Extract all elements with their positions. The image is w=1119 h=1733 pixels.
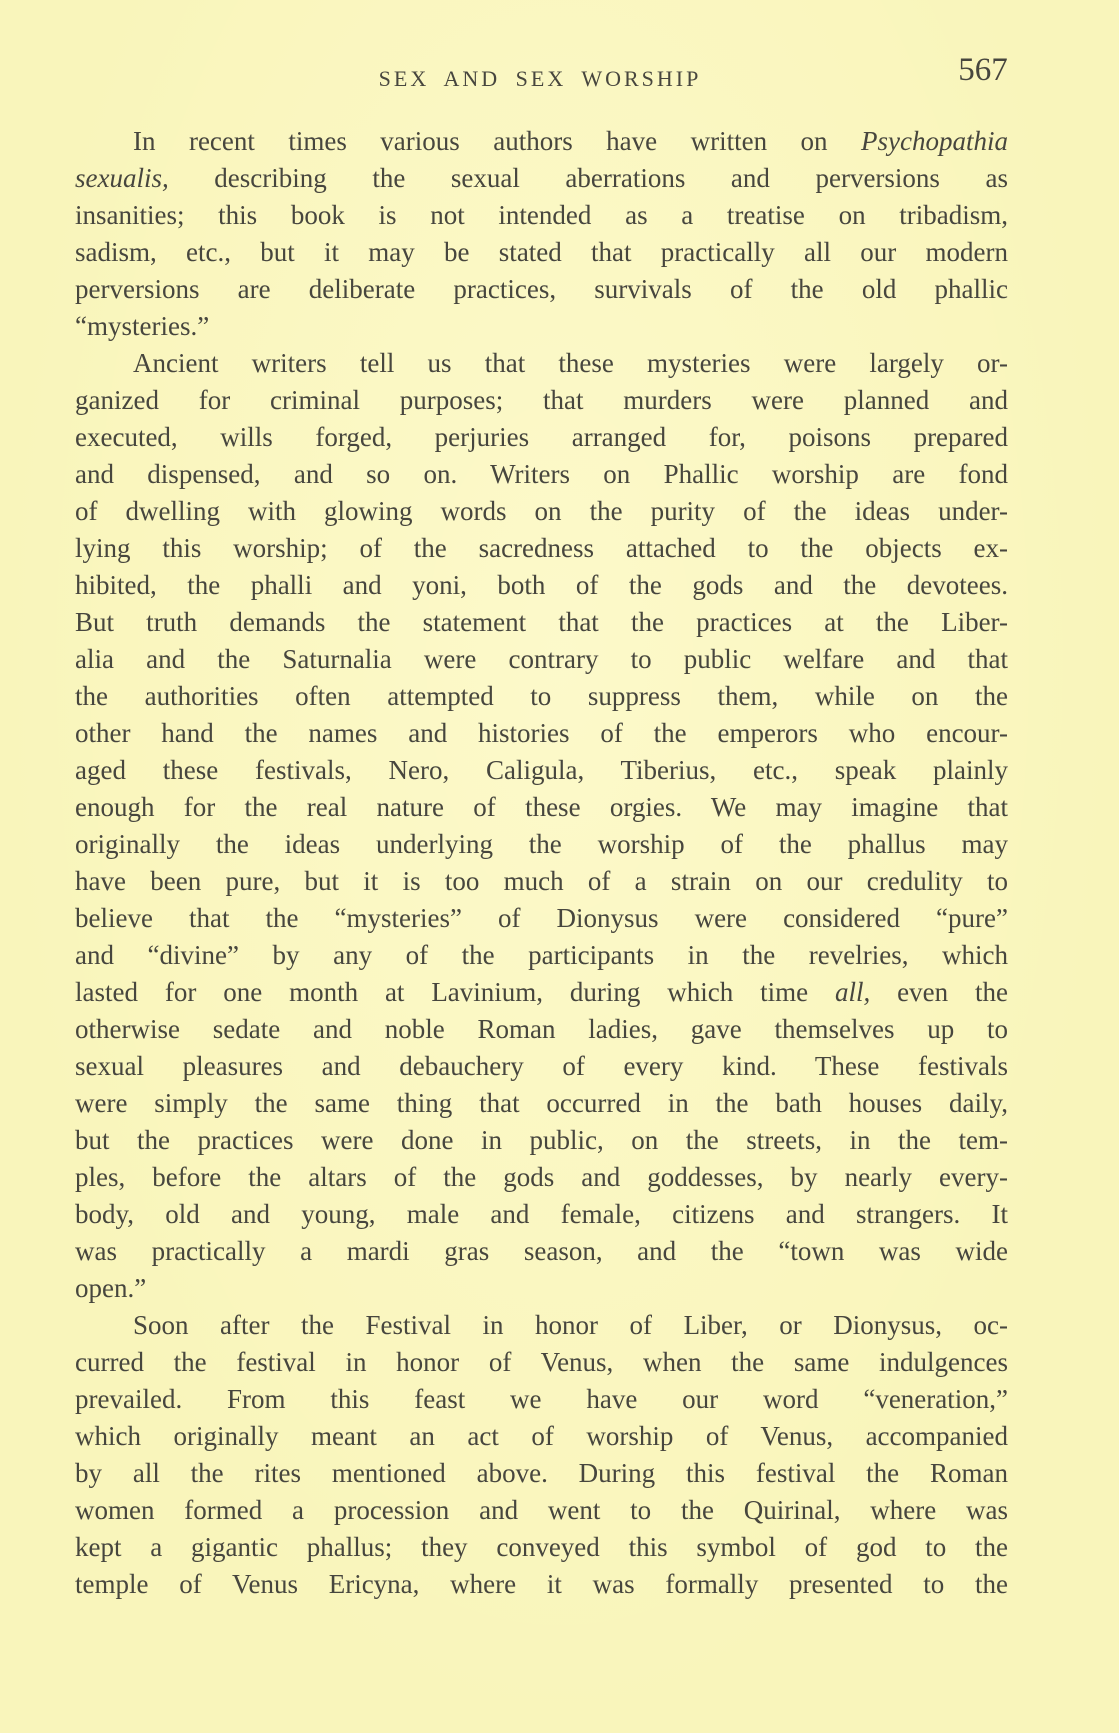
text-line: ganized for criminal purposes; that murd…: [75, 382, 1008, 419]
text-line: hibited, the phalli and yoni, both of th…: [75, 567, 1008, 604]
text-line: which originally meant an act of worship…: [75, 1418, 1008, 1455]
text-line: alia and the Saturnalia were contrary to…: [75, 641, 1008, 678]
text-segment: sexual pleasures and debauchery of every…: [75, 1051, 1008, 1081]
text-line: insanities; this book is not intended as…: [75, 197, 1008, 234]
text-segment: other hand the names and histories of th…: [75, 718, 1008, 748]
text-line: open.”: [75, 1270, 1008, 1307]
text-segment: enough for the real nature of these orgi…: [75, 792, 1008, 822]
text-line: and dispensed, and so on. Writers on Pha…: [75, 456, 1008, 493]
italic-text-segment: all,: [835, 977, 870, 1007]
text-line: prevailed. From this feast we have our w…: [75, 1381, 1008, 1418]
italic-text-segment: Psychopathia: [861, 126, 1008, 156]
text-segment: women formed a procession and went to th…: [75, 1495, 1008, 1525]
text-line: aged these festivals, Nero, Caligula, Ti…: [75, 752, 1008, 789]
text-block: In recent times various authors have wri…: [75, 123, 1008, 1603]
text-segment: of dwelling with glowing words on the pu…: [75, 496, 1008, 526]
running-header: SEX AND SEX WORSHIP 567: [0, 0, 1119, 100]
text-segment: otherwise sedate and noble Roman ladies,…: [75, 1014, 1008, 1044]
text-segment: temple of Venus Ericyna, where it was fo…: [75, 1569, 1008, 1599]
text-line: In recent times various authors have wri…: [75, 123, 1008, 160]
text-segment: body, old and young, male and female, ci…: [75, 1199, 1008, 1229]
text-segment: even the: [870, 977, 1008, 1007]
text-line: “mysteries.”: [75, 308, 1008, 345]
text-segment: but the practices were done in public, o…: [75, 1125, 1008, 1155]
text-line: were simply the same thing that occurred…: [75, 1085, 1008, 1122]
text-line: have been pure, but it is too much of a …: [75, 863, 1008, 900]
text-segment: In recent times various authors have wri…: [133, 126, 861, 156]
text-line: women formed a procession and went to th…: [75, 1492, 1008, 1529]
text-line: But truth demands the statement that the…: [75, 604, 1008, 641]
text-segment: originally the ideas underlying the wors…: [75, 829, 1008, 859]
paragraph: Ancient writers tell us that these myste…: [75, 345, 1008, 1307]
text-segment: prevailed. From this feast we have our w…: [75, 1384, 1008, 1414]
text-line: curred the festival in honor of Venus, w…: [75, 1344, 1008, 1381]
text-line: ples, before the altars of the gods and …: [75, 1159, 1008, 1196]
text-segment: and “divine” by any of the participants …: [75, 940, 1008, 970]
text-segment: Ancient writers tell us that these myste…: [133, 348, 1008, 378]
text-segment: which originally meant an act of worship…: [75, 1421, 1008, 1451]
text-segment: Soon after the Festival in honor of Libe…: [133, 1310, 1008, 1340]
text-line: Ancient writers tell us that these myste…: [75, 345, 1008, 382]
text-line: temple of Venus Ericyna, where it was fo…: [75, 1566, 1008, 1603]
text-line: but the practices were done in public, o…: [75, 1122, 1008, 1159]
text-segment: kept a gigantic phallus; they conveyed t…: [75, 1532, 1008, 1562]
text-segment: were simply the same thing that occurred…: [75, 1088, 1008, 1118]
text-segment: lying this worship; of the sacredness at…: [75, 533, 1008, 563]
text-line: executed, wills forged, perjuries arrang…: [75, 419, 1008, 456]
italic-text-segment: sexualis,: [75, 163, 169, 193]
text-line: sexualis, describing the sexual aberrati…: [75, 160, 1008, 197]
text-line: enough for the real nature of these orgi…: [75, 789, 1008, 826]
text-segment: ples, before the altars of the gods and …: [75, 1162, 1008, 1192]
text-segment: lasted for one month at Lavinium, during…: [75, 977, 835, 1007]
text-line: kept a gigantic phallus; they conveyed t…: [75, 1529, 1008, 1566]
text-segment: alia and the Saturnalia were contrary to…: [75, 644, 1008, 674]
text-segment: aged these festivals, Nero, Caligula, Ti…: [75, 755, 1008, 785]
text-segment: insanities; this book is not intended as…: [75, 200, 1008, 230]
text-line: originally the ideas underlying the wors…: [75, 826, 1008, 863]
text-segment: by all the rites mentioned above. During…: [75, 1458, 1008, 1488]
text-line: other hand the names and histories of th…: [75, 715, 1008, 752]
text-segment: executed, wills forged, perjuries arrang…: [75, 422, 1008, 452]
text-line: was practically a mardi gras season, and…: [75, 1233, 1008, 1270]
text-line: Soon after the Festival in honor of Libe…: [75, 1307, 1008, 1344]
text-segment: believe that the “mysteries” of Dionysus…: [75, 903, 1008, 933]
paragraph: Soon after the Festival in honor of Libe…: [75, 1307, 1008, 1603]
text-line: sexual pleasures and debauchery of every…: [75, 1048, 1008, 1085]
text-line: believe that the “mysteries” of Dionysus…: [75, 900, 1008, 937]
page-header-title: SEX AND SEX WORSHIP: [0, 68, 1080, 90]
text-segment: describing the sexual aberrations and pe…: [169, 163, 1008, 193]
text-segment: perversions are deliberate practices, su…: [75, 274, 1008, 304]
paragraph: In recent times various authors have wri…: [75, 123, 1008, 345]
text-segment: open.”: [75, 1273, 146, 1303]
text-line: perversions are deliberate practices, su…: [75, 271, 1008, 308]
text-segment: the authorities often attempted to suppr…: [75, 681, 1008, 711]
text-segment: and dispensed, and so on. Writers on Pha…: [75, 459, 1008, 489]
text-segment: But truth demands the statement that the…: [75, 607, 1008, 637]
text-segment: sadism, etc., but it may be stated that …: [75, 237, 1008, 267]
page-number: 567: [953, 52, 1013, 88]
text-line: lasted for one month at Lavinium, during…: [75, 974, 1008, 1011]
text-segment: curred the festival in honor of Venus, w…: [75, 1347, 1008, 1377]
text-line: of dwelling with glowing words on the pu…: [75, 493, 1008, 530]
text-line: by all the rites mentioned above. During…: [75, 1455, 1008, 1492]
text-line: sadism, etc., but it may be stated that …: [75, 234, 1008, 271]
text-line: the authorities often attempted to suppr…: [75, 678, 1008, 715]
book-page: SEX AND SEX WORSHIP 567 In recent times …: [0, 0, 1119, 1733]
text-line: and “divine” by any of the participants …: [75, 937, 1008, 974]
text-line: otherwise sedate and noble Roman ladies,…: [75, 1011, 1008, 1048]
text-segment: hibited, the phalli and yoni, both of th…: [75, 570, 1008, 600]
text-line: body, old and young, male and female, ci…: [75, 1196, 1008, 1233]
text-segment: have been pure, but it is too much of a …: [75, 866, 1008, 896]
text-segment: ganized for criminal purposes; that murd…: [75, 385, 1008, 415]
text-segment: was practically a mardi gras season, and…: [75, 1236, 1008, 1266]
text-segment: “mysteries.”: [75, 311, 209, 341]
text-line: lying this worship; of the sacredness at…: [75, 530, 1008, 567]
